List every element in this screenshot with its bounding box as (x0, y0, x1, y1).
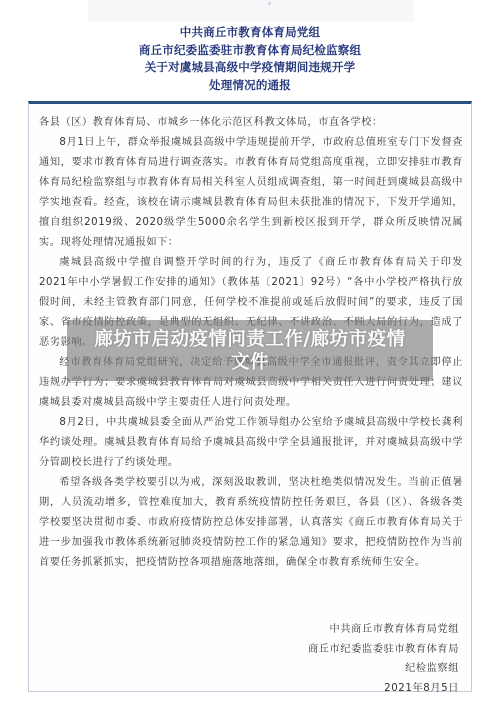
signature-org-2-line-2: 纪检监察组 (308, 659, 459, 679)
caption-overlay: 廊坊市启动疫情问责工作/廊坊市疫情文件 (67, 320, 433, 381)
page: 中共商丘市教育体育局党组 商丘市纪委监委驻市教育体育局纪检监察组 关于对虞城县高… (0, 0, 500, 703)
salutation: 各县（区）教育体育局、市城乡一体化示范区科教文体局，市直各学校： (39, 113, 463, 133)
header-line-2: 商丘市纪委监委驻市教育体育局纪检监察组 (0, 42, 500, 60)
decorative-dot (268, 2, 271, 5)
signature-org-2-line-1: 商丘市纪委监委驻市教育体育局 (308, 640, 459, 660)
paragraph-1: 8月1日上午，群众举报虞城县高级中学违规提前开学，市政府总值班室专门下发督查通知… (39, 133, 463, 253)
header-line-3: 关于对虞城县高级中学疫情期间违规开学 (0, 59, 500, 77)
header-line-4: 处理情况的通报 (0, 77, 500, 95)
document-header: 中共商丘市教育体育局党组 商丘市纪委监委驻市教育体育局纪检监察组 关于对虞城县高… (0, 24, 500, 94)
paragraph-4: 8月2日，中共虞城县委全面从严治党工作领导组办公室给予虞城县高级中学校长龚利华约… (39, 413, 463, 473)
paragraph-5: 希望各级各类学校要引以为戒，深刻汲取教训，坚决杜绝类似情况发生。当前正值暑期，人… (39, 473, 463, 573)
signature-block: 中共商丘市教育体育局党组 商丘市纪委监委驻市教育体育局 纪检监察组 2021年8… (308, 620, 459, 698)
top-strip (88, 0, 414, 22)
signature-date: 2021年8月5日 (308, 679, 459, 699)
document-panel: 各县（区）教育体育局、市城乡一体化示范区科教文体局，市直各学校： 8月1日上午，… (28, 101, 472, 692)
header-line-1: 中共商丘市教育体育局党组 (0, 24, 500, 42)
signature-org-1: 中共商丘市教育体育局党组 (308, 620, 459, 640)
caption-text: 廊坊市启动疫情问责工作/廊坊市疫情文件 (67, 328, 433, 374)
